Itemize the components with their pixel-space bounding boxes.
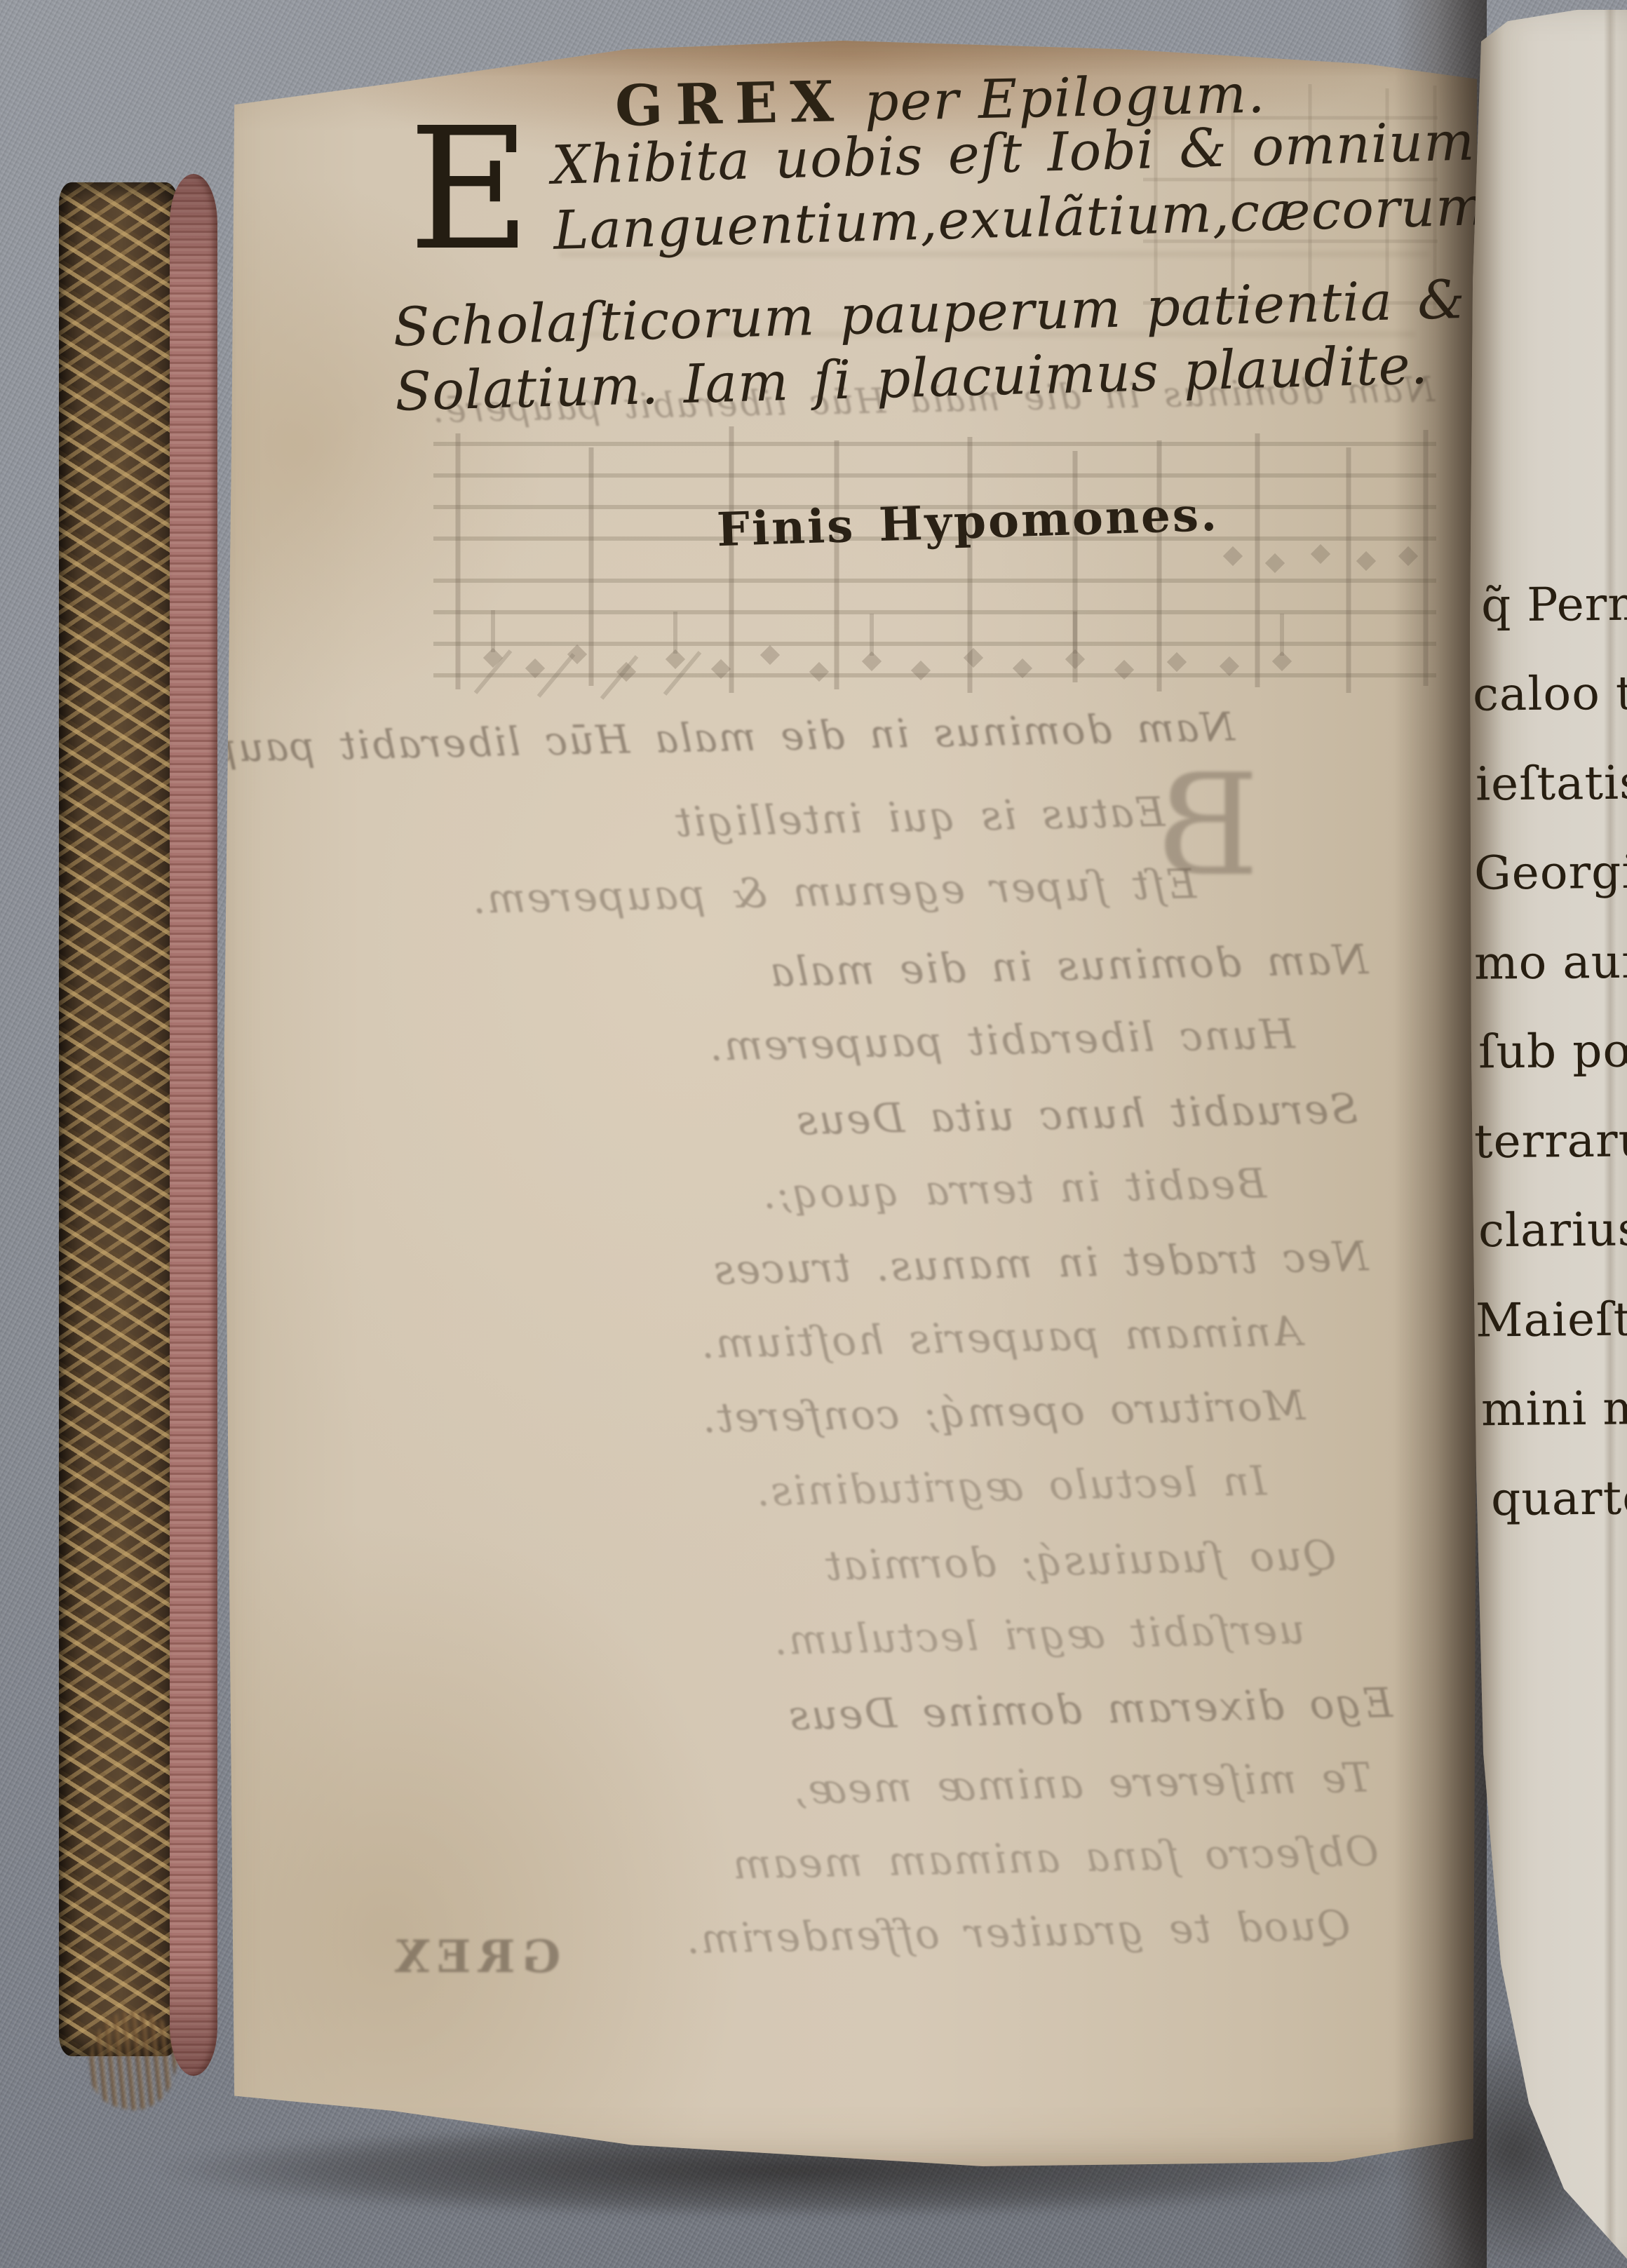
next-page-line: Maieſtate <box>1476 1296 1627 1344</box>
book-spine-gilt-leather <box>59 182 178 2056</box>
next-page-line: quarto,i <box>1491 1475 1627 1523</box>
next-page-line: mini mil <box>1481 1385 1627 1433</box>
printed-text-layer: GREXper Epilogum. E Xhibita uobis eſt Io… <box>209 41 1477 2173</box>
main-page: Nam dominus in die mala Hūc liberabit pa… <box>209 41 1477 2173</box>
red-page-edges <box>170 174 217 2076</box>
next-page-line: Georgij Ma <box>1474 848 1627 896</box>
epilogue-paragraph: Xhibita uobis eſt Iobi & omnium Languent… <box>203 18 1527 2182</box>
photo-of-open-book: { "book": { "main_page": { "header": { "… <box>0 0 1627 2268</box>
next-page-line: ieſtatis pri <box>1476 759 1627 807</box>
next-page-line: clariusq́; <box>1478 1206 1627 1255</box>
next-page-line: q̃ Permiſſu <box>1481 580 1627 628</box>
next-page-line: mo auſit au <box>1474 938 1627 986</box>
next-page-line: caloo typog <box>1473 669 1627 717</box>
next-page-line: ſub pœna <box>1478 1027 1627 1076</box>
next-page-line: terrarum <box>1474 1117 1627 1166</box>
